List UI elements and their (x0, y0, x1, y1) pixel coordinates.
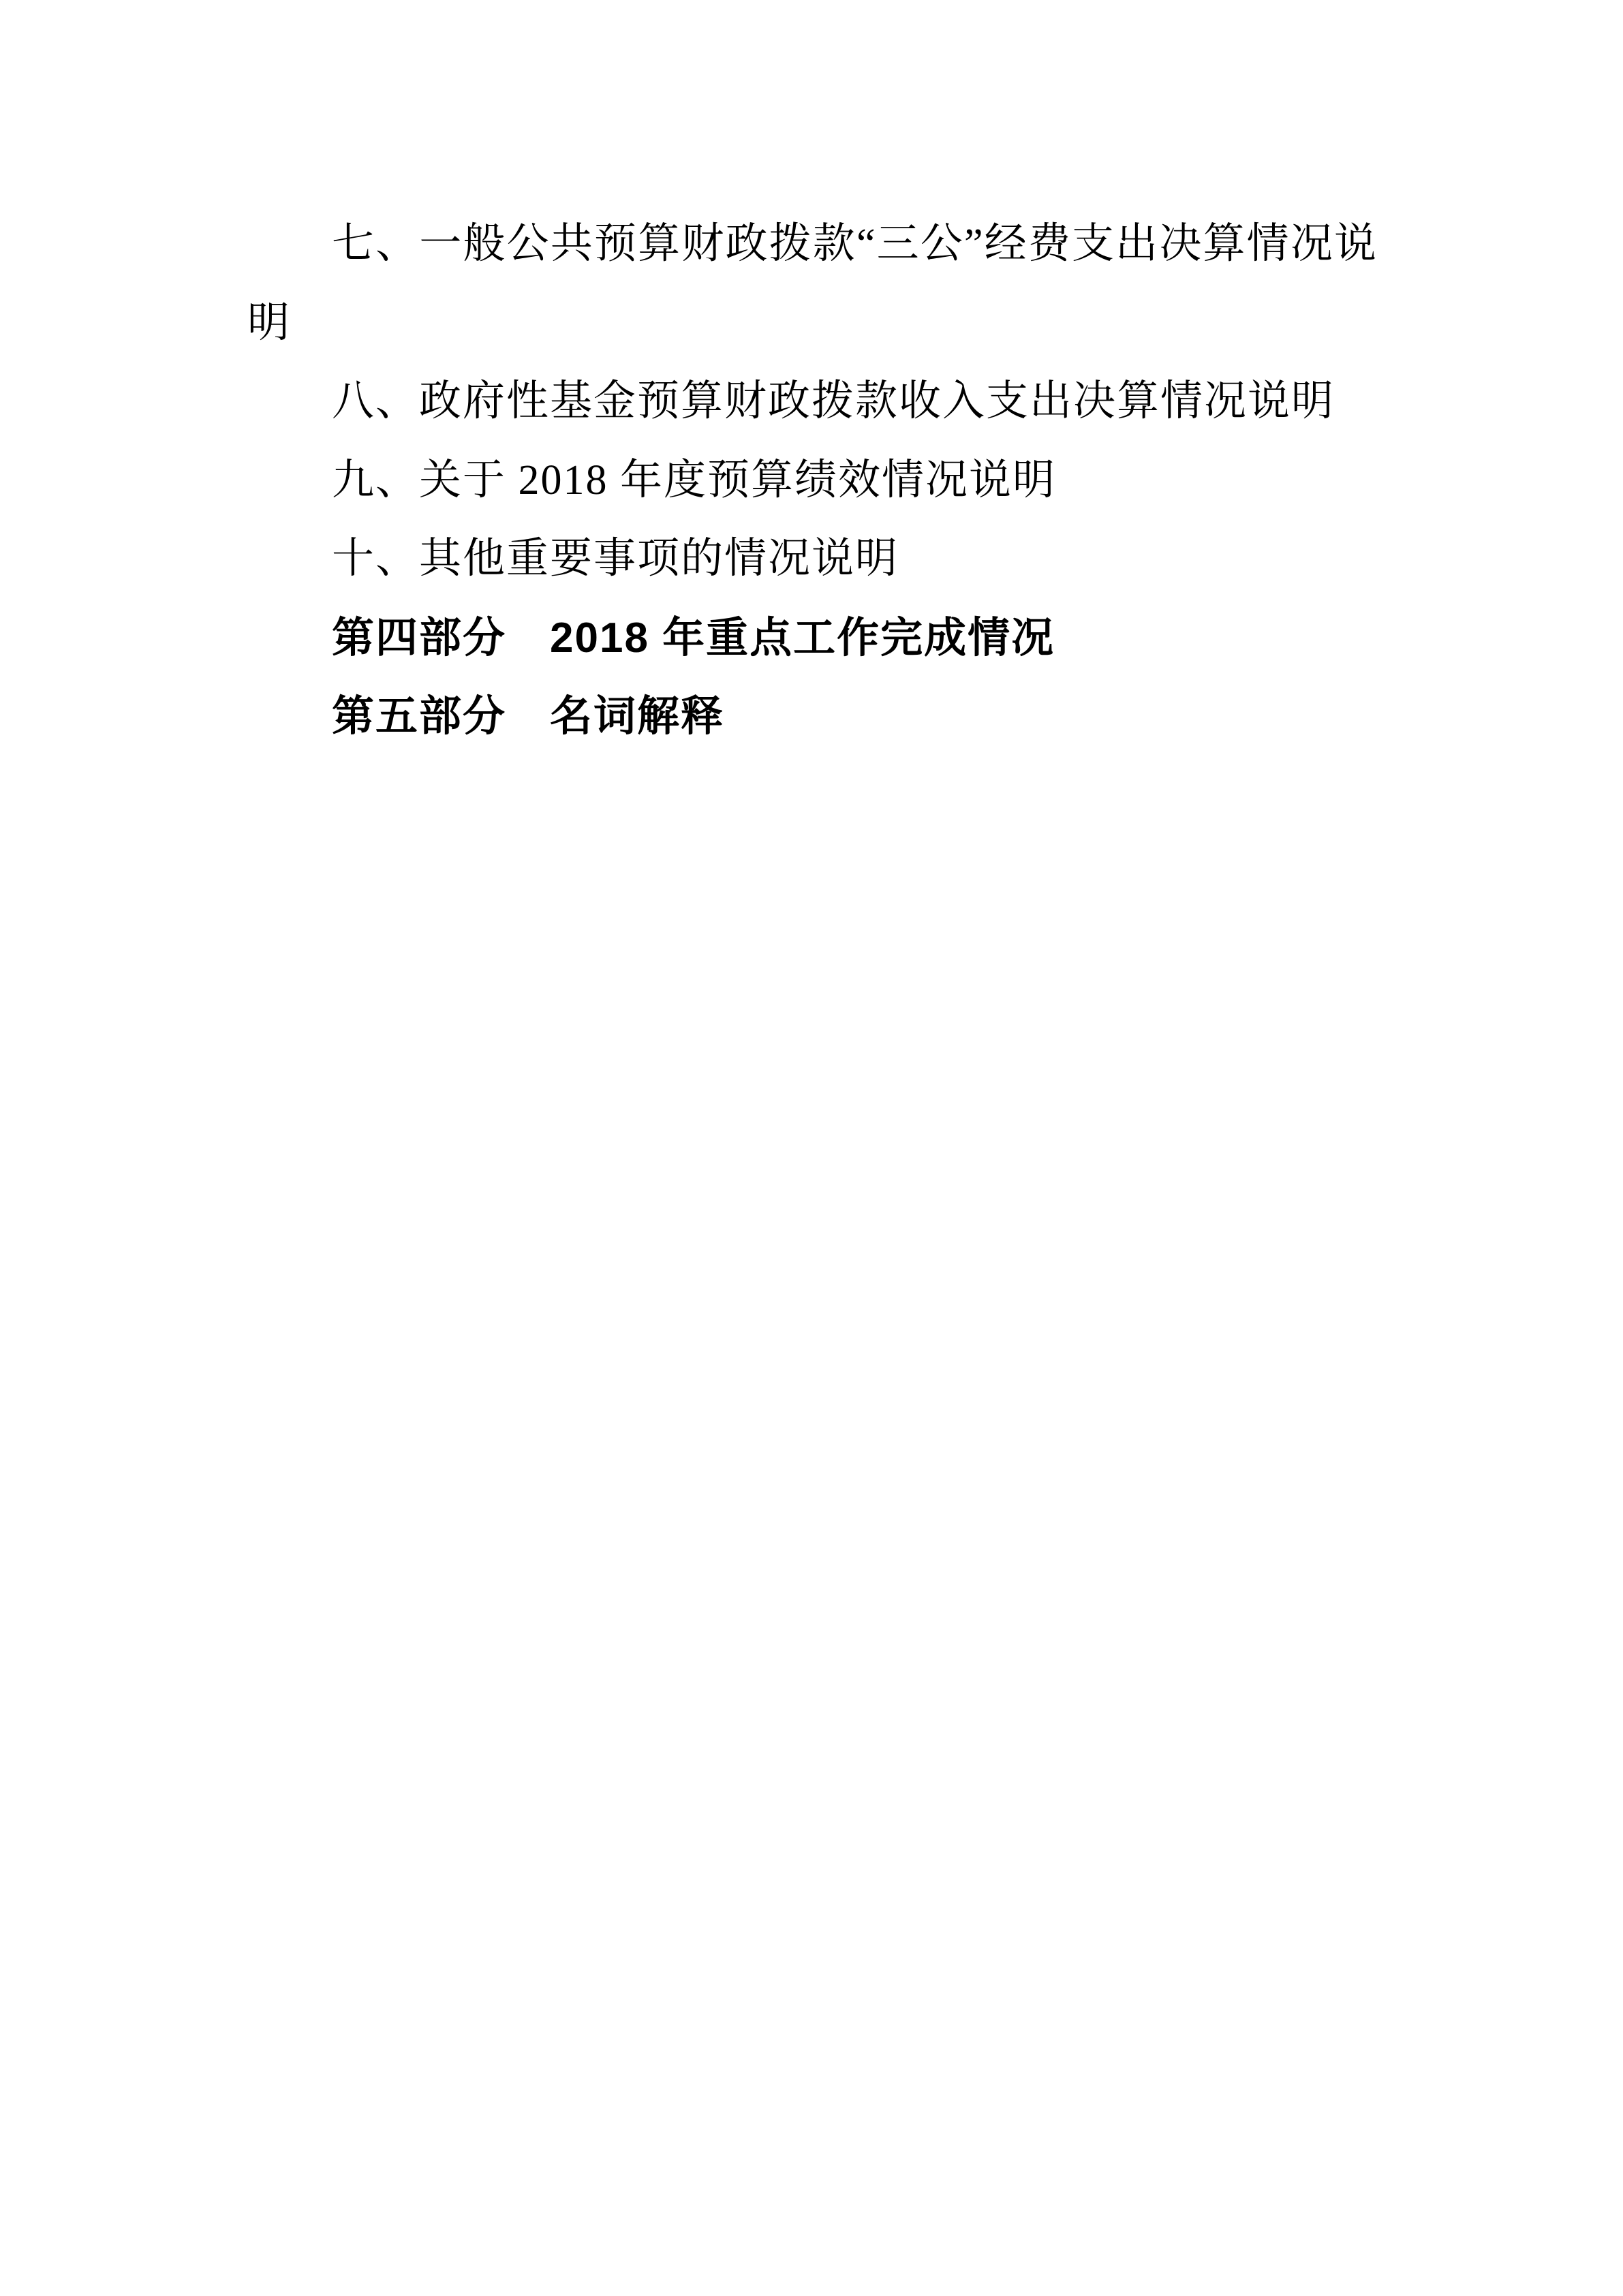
toc-item-7-line-1: 七、一般公共预算财政拨款“三公”经费支出决算情况说 (247, 205, 1376, 284)
toc-item-9: 九、关于 2018 年度预算绩效情况说明 (247, 441, 1376, 521)
toc-item-7-line-2: 明 (247, 284, 1376, 363)
section-4-heading: 第四部分 2018 年重点工作完成情况 (247, 599, 1376, 678)
section-5-heading: 第五部分 名词解释 (247, 677, 1376, 756)
document-page: 七、一般公共预算财政拨款“三公”经费支出决算情况说 明 八、政府性基金预算财政拨… (0, 0, 1623, 2296)
toc-item-10: 十、其他重要事项的情况说明 (247, 520, 1376, 599)
text-block: 七、一般公共预算财政拨款“三公”经费支出决算情况说 明 八、政府性基金预算财政拨… (247, 205, 1376, 756)
toc-item-8: 八、政府性基金预算财政拨款收入支出决算情况说明 (247, 362, 1376, 441)
